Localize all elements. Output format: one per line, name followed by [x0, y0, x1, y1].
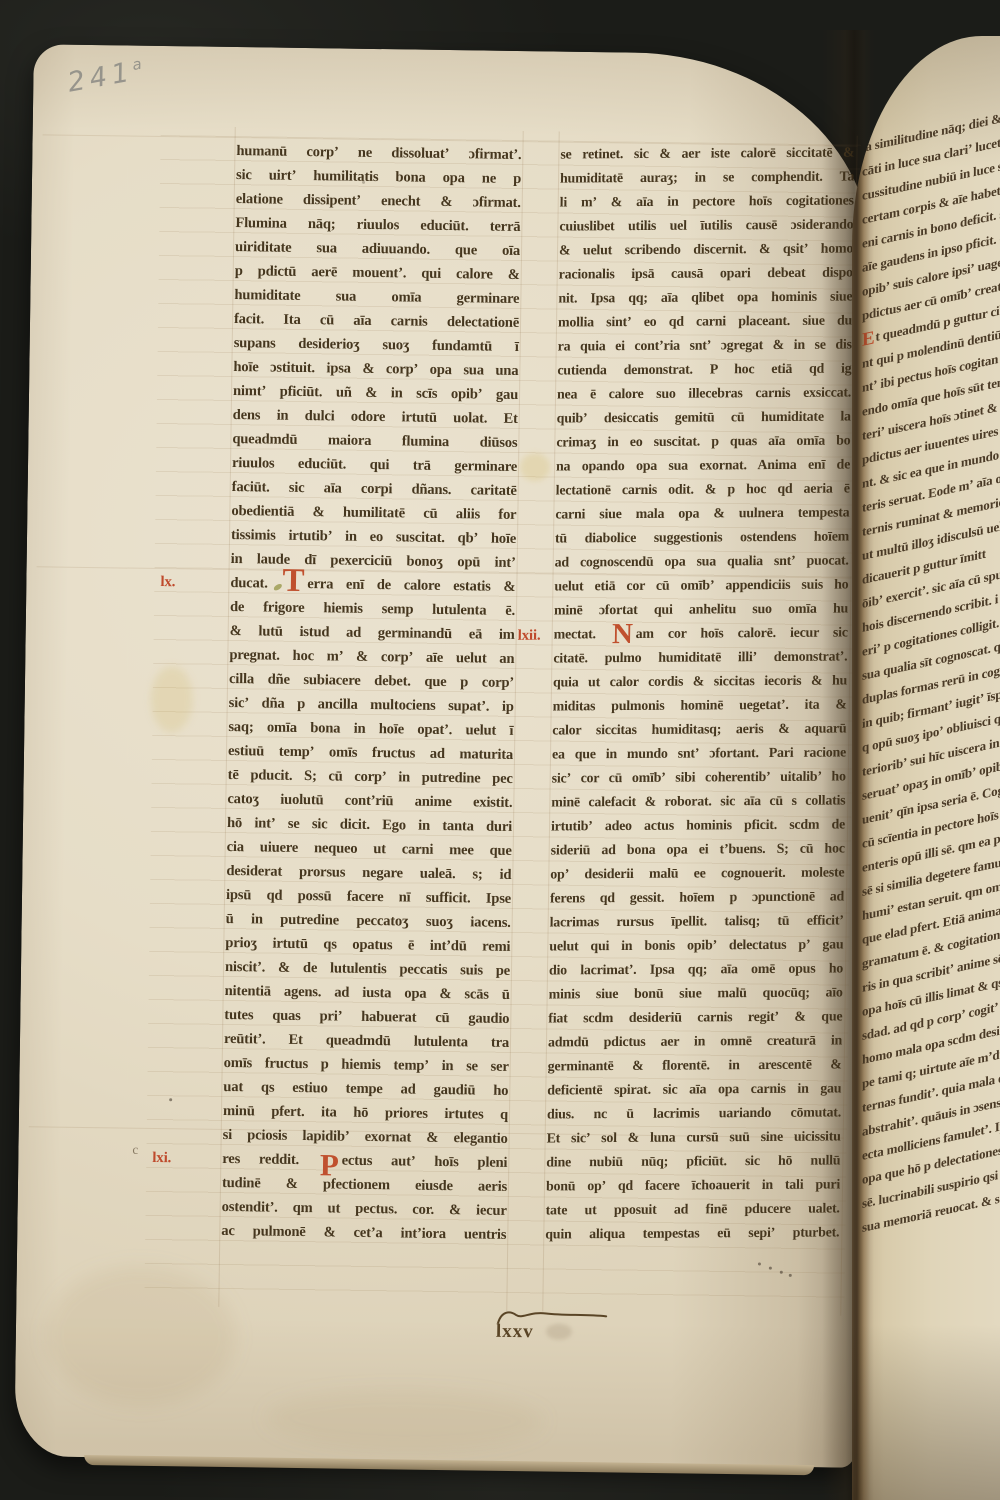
text-line: na opando opa sua exornat. Anima enī de: [556, 453, 850, 479]
text-line: nit. Ipsa qq; aīa qlibet opa hominis siu…: [558, 286, 852, 312]
ink-speck: [789, 1274, 792, 1277]
chapter-number-rubric: lx.: [160, 570, 175, 594]
facing-page-text: la similitudine nāq; diei & ncāti in luc…: [862, 72, 1000, 1240]
text-line: dio lacrimatʼ. Ipsa qq; aīa omē opus ho: [549, 957, 843, 983]
text-line: sicʼ cor cū omībʼ sibi coherentibʼ uital…: [552, 765, 846, 791]
text-line: minis siue bonū siue malū quocūq; aīo: [548, 981, 842, 1007]
quire-signature-text: lxxv: [496, 1321, 534, 1344]
text-line: tū diabolice suggestionis ostendens hoīe…: [555, 525, 849, 551]
text-line: ad cognoscendū opa sua qualia sntʼ puoca…: [555, 549, 849, 575]
text-line: quin aliqua tempestas eū sepiʼ pturbet.: [545, 1221, 839, 1247]
text-line: dine nubiū nūq; pficiūt. sic hō nullū: [546, 1149, 840, 1175]
parchment-stain: [264, 1388, 545, 1452]
ink-speck: [769, 1267, 772, 1270]
text-line: calor siccitas humiditasq; aeris & aquar…: [552, 717, 846, 743]
text-line: crimaʒ in eo suscitat. p quas aīa omīa b…: [556, 429, 850, 455]
text-line: mollia sintʼ eo qd carni placeant. siue …: [558, 309, 852, 335]
text-line: li mʼ & aīa in pectore hoīs cogitationes: [560, 190, 854, 216]
chapter-number-rubric: lxi.: [152, 1146, 171, 1170]
text-line: miditas pulmonis hominē uegetatʼ. ita &: [553, 693, 847, 719]
rubricated-initial: E: [862, 338, 874, 341]
quire-signature: lxxv: [494, 1307, 625, 1353]
text-line: lacrimas rursus īpellit. talisq; tū effi…: [550, 909, 844, 935]
ink-speck: [362, 181, 365, 184]
text-line: Et sicʼ sol & luna cursū suū sine uiciss…: [546, 1125, 840, 1151]
text-line: nea ē calore suo illecebras carnis exsic…: [557, 381, 851, 407]
text-line: irtutibʼ adeo actus hominis pficit. scdm…: [551, 813, 845, 839]
text-line: ra quia ei contʼria sntʼ ɔgregat & in se…: [558, 333, 852, 359]
text-line: cuiuslibet utilis uel īutilis causē ɔsid…: [559, 214, 853, 240]
text-line: minē ɔfortat qui anhelitu suo omīa hu: [554, 597, 848, 623]
chapter-number-rubric: lxii.: [518, 624, 541, 648]
text-line: fiat scdm desideriū carnis regitʼ & que: [548, 1005, 842, 1031]
text-line: bonū opʼ qd facere īchoauerit in tali pu…: [546, 1173, 840, 1199]
manuscript-photograph: 241a humanū corpʼ ne dissoluatʼ ɔfirmatʼ…: [0, 0, 1000, 1500]
text-line: ea que in mundo sntʼ ɔfortant. Pari raci…: [552, 741, 846, 767]
text-line: tate ut pposuit ad finē pducere ualet.: [545, 1197, 839, 1223]
text-line: cutienda demonstrat. P hoc etiā qd ig: [557, 357, 851, 383]
manuscript-page-recto: 241a humanū corpʼ ne dissoluatʼ ɔfirmatʼ…: [14, 44, 874, 1468]
text-line: quibʼ desiccatis gemitū cū humiditate la: [557, 405, 851, 431]
text-column-left: humanū corpʼ ne dissoluatʼ ɔfirmatʼ.sic …: [221, 139, 521, 1247]
text-line: sideriū ad bona opa ei tʼbuens. S; cū ho…: [551, 837, 845, 863]
text-line: uelut etiā cor cū omībʼ appendiciis suis…: [554, 573, 848, 599]
text-line: racionalis ipsā causā opari debeat dispo: [559, 262, 853, 288]
text-line: lxii.mectat. Nam cor hoīs calorē. iecur …: [554, 621, 848, 647]
text-line: carni siue mala opa & uulnera tempesta: [555, 501, 849, 527]
text-line: & uelut scribendo discernit. & qsitʼ hom…: [559, 238, 853, 264]
text-line: deficientē spirat. sic aīa opa carnis in…: [547, 1077, 841, 1103]
text-line: lectationē carnis odit. & p hoc qd aeria…: [556, 477, 850, 503]
text-line: minē calefacit & roborat. sic aīa cū s c…: [551, 789, 845, 815]
foliation-pencil: 241a: [65, 55, 145, 99]
text-line: humiditatē auraʒ; in se comphendit. Ta: [560, 166, 854, 192]
ink-speck: [780, 1271, 783, 1274]
text-line: ac pulmonē & cetʼa intʼiora uentris: [221, 1219, 506, 1247]
ink-speck: [758, 1262, 761, 1265]
text-line: citatē. pulmo humiditatē illiʼ demonstra…: [553, 645, 847, 671]
foliation-superscript: a: [131, 55, 143, 74]
text-line: germinantē & florentē. in arescentē &: [547, 1053, 841, 1079]
text-line: admdū pdictus aer in omnē creaturā in: [548, 1029, 842, 1055]
marginal-c-mark: c: [132, 1142, 138, 1158]
text-column-right: se retinet. sic & aer iste calorē siccit…: [545, 142, 854, 1248]
text-line: uelut qui in bonis opibʼ delectatus pʼ g…: [549, 933, 843, 959]
text-line: quia ut calor cordis & siccitas iecoris …: [553, 669, 847, 695]
facing-page-edge: la similitudine nāq; diei & ncāti in luc…: [852, 36, 1000, 1500]
ink-speck: [169, 1098, 172, 1101]
parchment-stain: [520, 453, 550, 481]
parchment-stain: [45, 1265, 237, 1408]
text-line: dius. nc ū lacrimis uariando cōmutat.: [547, 1101, 841, 1127]
erased-mark: [546, 1323, 572, 1339]
text-line: opʼ desiderii malū ee cognouerit. molest…: [550, 861, 844, 887]
text-line: se retinet. sic & aer iste calorē siccit…: [560, 142, 854, 168]
text-line: ferens qd gessit. hoīem p ɔpunctionē ad: [550, 885, 844, 911]
parchment-stain: [150, 666, 193, 733]
